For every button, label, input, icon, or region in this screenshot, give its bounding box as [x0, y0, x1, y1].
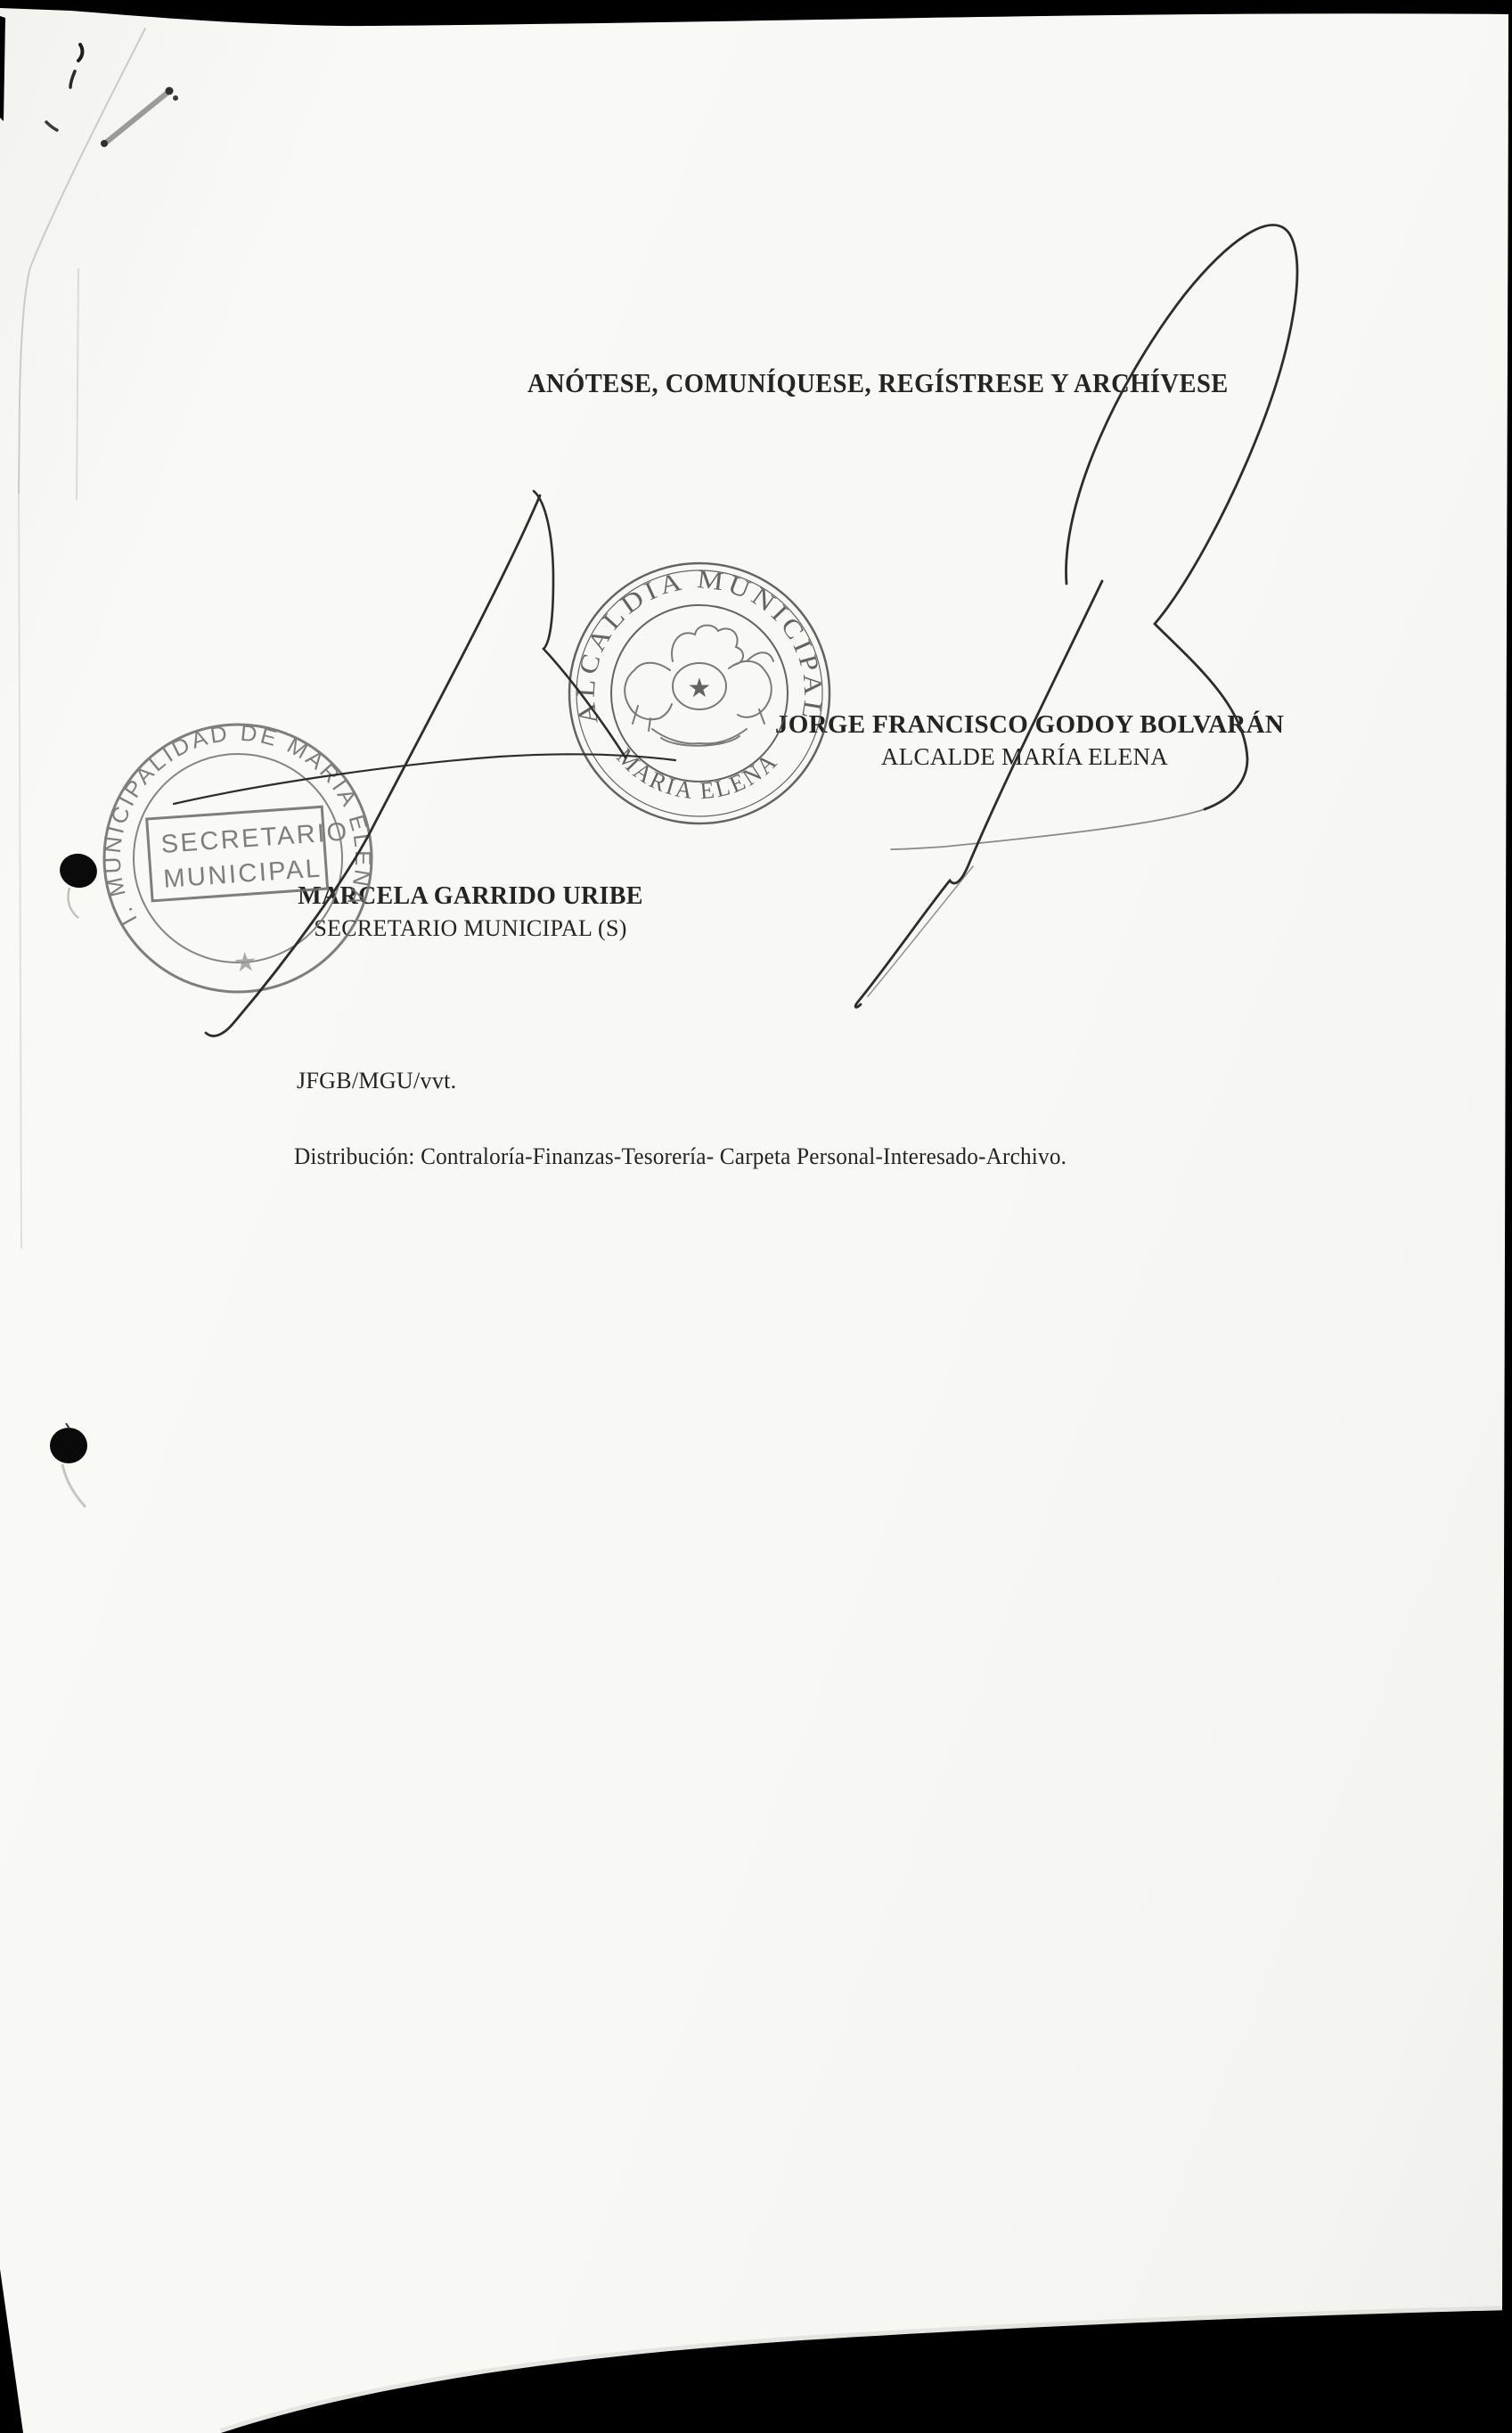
left-supporter-legs: [633, 706, 650, 731]
left-supporter-shape: [625, 663, 672, 720]
pen-mark: [46, 122, 57, 130]
punch-holes: [50, 850, 100, 1507]
plume-shape: [672, 626, 743, 665]
signature-stroke-tail: [855, 581, 1102, 1007]
stamp-arc-top-text: ALCALDIA MUNICIPAL: [572, 565, 828, 726]
punch-hole-crease: [62, 1464, 86, 1507]
stamp-arc-bottom-text: MARIA ELENA: [611, 743, 783, 805]
scanner-edge-left-sliver: [0, 16, 5, 121]
pen-mark: [70, 71, 75, 87]
crease-line: [19, 29, 145, 495]
stamp-outer-ring2: [576, 570, 822, 816]
signature-stroke-hook: [534, 491, 625, 758]
signature-stroke-descender: [206, 496, 540, 1036]
secretario-title: SECRETARIO MUNICIPAL (S): [283, 917, 658, 940]
alcalde-title: ALCALDE MARÍA ELENA: [775, 745, 1274, 769]
crease-line: [19, 495, 21, 1248]
coat-of-arms-icon: [625, 626, 773, 746]
stamp-star-icon: ★: [233, 947, 258, 979]
distribution-line: Distribución: Contraloría-Finanzas-Tesor…: [294, 1145, 1067, 1168]
right-supporter-wing: [747, 652, 773, 724]
pen-marks: [46, 45, 82, 130]
shield-shape: [673, 663, 726, 709]
scanner-edges: [0, 0, 1512, 2433]
punch-hole: [57, 850, 101, 891]
scanner-edge-top: [0, 0, 1512, 26]
scanner-edge-bottom: [221, 2310, 1512, 2433]
staple-end: [101, 140, 108, 147]
signature-stroke-tail-echo: [868, 866, 973, 996]
alcalde-signature-block: JORGE FRANCISCO GODOY BOLVARÁN ALCALDE M…: [775, 712, 1274, 769]
initials-line: JFGB/MGU/vvt.: [297, 1069, 456, 1093]
secretario-signature-block: MARCELA GARRIDO URIBE SECRETARIO MUNICIP…: [283, 884, 658, 940]
staple-bar: [107, 93, 168, 142]
punch-hole: [50, 1428, 87, 1463]
stamp-box-line1: SECRETARIO: [160, 817, 350, 859]
municipal-stamp-secretario-icon: I. MUNICIPALIDAD DE MARIA ELENA SECRETAR…: [91, 711, 384, 1001]
alcalde-name: JORGE FRANCISCO GODOY BOLVARÁN: [775, 712, 1274, 738]
right-supporter-shape: [729, 661, 772, 717]
stamp-inner-ring: [611, 605, 788, 782]
order-line-text: ANÓTESE, COMUNÍQUESE, REGÍSTRESE Y ARCHÍ…: [527, 369, 1229, 397]
secretario-name: MARCELA GARRIDO URIBE: [283, 884, 658, 909]
municipal-stamp-alcaldia-icon: ALCALDIA MUNICIPAL MARIA ELENA ★: [569, 563, 830, 823]
staple-mark-icon: [101, 87, 178, 148]
signature-stroke-sweep: [891, 809, 1205, 849]
scroll-shape: [652, 729, 747, 746]
scanned-document-page: ANÓTESE, COMUNÍQUESE, REGÍSTRESE Y ARCHÍ…: [0, 0, 1512, 2433]
signature-secretario: [174, 491, 675, 1036]
page-curl-shadow: [221, 2310, 1512, 2433]
signature-alcalde: [855, 225, 1297, 1007]
crease-line: [77, 269, 78, 499]
staple-end: [173, 95, 178, 101]
punch-hole-nick: [66, 1423, 69, 1429]
shield-star-icon: ★: [688, 674, 712, 703]
scanner-edge-right: [1502, 12, 1512, 2317]
punch-hole-crease: [68, 888, 78, 918]
pen-mark: [78, 45, 82, 61]
signature-stroke-cross: [174, 754, 675, 804]
scan-artwork: I. MUNICIPALIDAD DE MARIA ELENA SECRETAR…: [0, 0, 1512, 2433]
scanner-edge-bottom-left: [0, 2269, 23, 2433]
stamp-outer-ring: [569, 563, 830, 823]
paper-creases: [19, 29, 145, 1248]
stamp-outer-ring: [95, 716, 380, 1001]
staple-end: [166, 87, 174, 95]
